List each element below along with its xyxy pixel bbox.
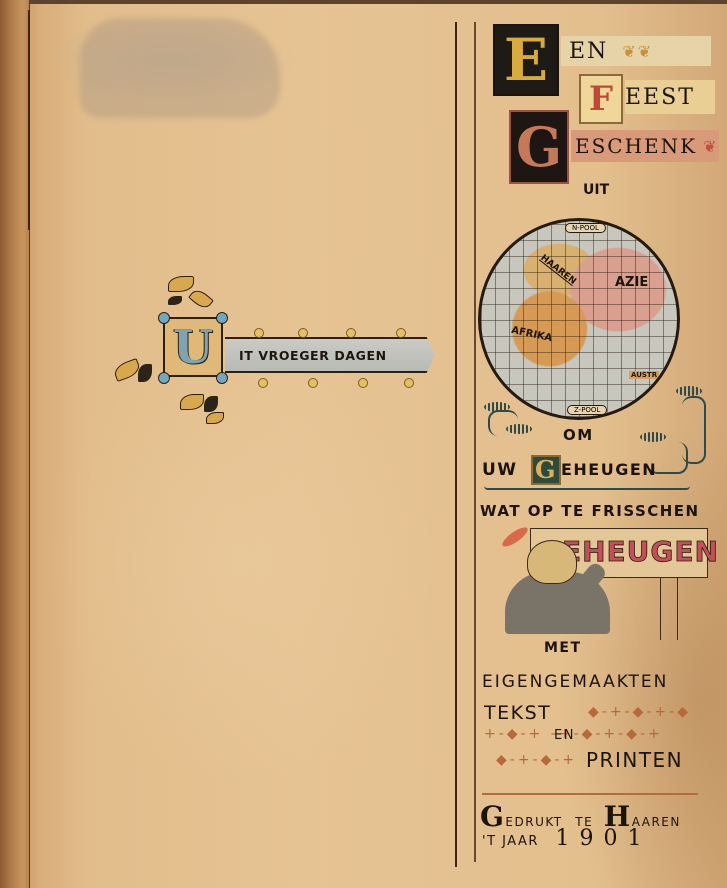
leaf-flourish-icon: ❦❦	[622, 42, 653, 61]
title-word-een: EN	[569, 39, 608, 64]
signpost	[660, 578, 678, 640]
word-tekst: TEKST	[484, 702, 551, 724]
label-azie: AZIE	[615, 275, 648, 290]
title-band-2: EEST	[625, 80, 715, 114]
imprint-line-2: 'T JAAR 1901	[482, 826, 652, 851]
blue-flower-ornament	[216, 372, 228, 384]
book-cover: U IT VROEGER DAGEN EN ❦❦ EEST ESCHENK ❦ …	[0, 0, 727, 888]
gold-leaf-ornament	[180, 394, 204, 410]
word-eigengemaakten: EIGENGEMAAKTEN	[482, 672, 668, 692]
south-pole-label: Z-POOL	[567, 405, 607, 415]
flower-ornament	[358, 378, 368, 388]
flower-ornament	[298, 328, 308, 338]
flower-ornament	[258, 378, 268, 388]
een-feest-geschenk-title: EN ❦❦ EEST ESCHENK ❦ E F G UIT	[483, 14, 723, 192]
daisy-ornament	[640, 432, 666, 442]
word-uw: UW	[482, 460, 518, 480]
word-uit: UIT	[583, 182, 609, 198]
word-geheugen: EHEUGEN	[561, 460, 657, 479]
title-word-feest: EEST	[625, 85, 695, 110]
word-uw-geheugen: UW GEHEUGEN	[482, 455, 657, 485]
dark-leaf-ornament	[168, 296, 182, 305]
word-printen: PRINTEN	[586, 748, 683, 772]
banner-scroll: IT VROEGER DAGEN	[225, 337, 435, 373]
hat-feather	[500, 524, 530, 549]
divider-line-right	[474, 22, 476, 862]
book-spine	[0, 0, 30, 888]
title-band-3: ESCHENK ❦	[571, 130, 719, 162]
gold-leaf-ornament	[168, 276, 194, 292]
gold-leaf-ornament	[188, 287, 214, 312]
globe-grid	[481, 221, 677, 417]
cross-ornament-row-3: ◆-+-◆-+	[496, 752, 577, 768]
word-en: EN	[554, 728, 575, 743]
top-edge	[0, 0, 727, 4]
painter-hat	[527, 540, 577, 584]
word-met: MET	[544, 640, 582, 656]
uit-vroeger-dagen-banner: U IT VROEGER DAGEN	[108, 262, 438, 427]
illuminated-initial-g-small: G	[531, 455, 561, 485]
title-word-geschenk: ESCHENK	[575, 134, 697, 158]
gold-leaf-ornament	[206, 412, 224, 424]
imprint-rule	[482, 793, 698, 795]
illuminated-initial-e: E	[493, 24, 559, 96]
water-stain	[80, 18, 280, 118]
banner-text: IT VROEGER DAGEN	[239, 348, 387, 363]
illuminated-initial-g: G	[509, 110, 569, 184]
blue-flower-ornament	[158, 372, 170, 384]
globe-illustration: N-POOL Z-POOL HAAREN AZIE AFRIKA AUSTR	[478, 218, 680, 420]
cross-ornament-row-1: ◆-+-◆-+-◆	[588, 704, 691, 720]
spine-crack	[28, 10, 30, 230]
flower-ornament	[404, 378, 414, 388]
flower-ornament	[396, 328, 406, 338]
north-pole-label: N-POOL	[565, 223, 606, 233]
divider-line-left	[455, 22, 457, 867]
illuminated-initial-u: U	[163, 317, 223, 377]
blue-flower-ornament	[216, 312, 228, 324]
imprint-year: 1901	[556, 826, 652, 851]
daisy-ornament	[676, 386, 702, 396]
leaf-flourish-icon: ❦	[703, 137, 718, 156]
flower-ornament	[308, 378, 318, 388]
blue-flower-ornament	[158, 312, 170, 324]
dark-leaf-ornament	[138, 364, 152, 382]
illuminated-initial-f: F	[579, 74, 623, 124]
imprint-t-jaar: 'T JAAR	[482, 834, 539, 849]
title-band-1: EN ❦❦	[561, 36, 711, 66]
label-australie: AUSTR	[629, 371, 659, 379]
word-om: OM	[563, 426, 594, 444]
wat-op-te-frisschen: WAT OP TE FRISSCHEN	[480, 502, 700, 520]
flower-ornament	[254, 328, 264, 338]
dark-leaf-ornament	[204, 396, 218, 412]
vine-ornament	[488, 410, 518, 436]
flower-ornament	[346, 328, 356, 338]
vine-ornament	[682, 396, 706, 464]
